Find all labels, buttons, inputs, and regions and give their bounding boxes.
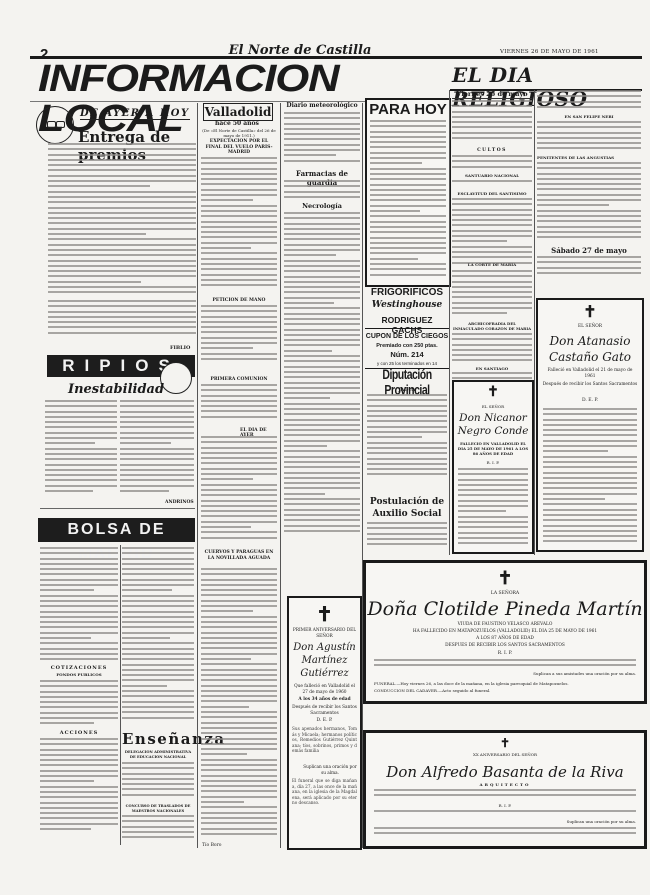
obituary-agustin-age: A los 34 años de edad	[291, 697, 358, 702]
text-line	[48, 222, 196, 224]
text-line	[201, 316, 277, 318]
religious-body-1	[452, 100, 532, 145]
text-line	[284, 318, 360, 320]
text-line	[284, 493, 325, 495]
religious-subhead-cultos: CULTOS	[452, 148, 532, 153]
text-line	[201, 305, 277, 307]
cross-icon: ✝	[289, 602, 360, 626]
text-line	[122, 568, 194, 570]
text-line	[284, 371, 360, 373]
text-line	[120, 426, 194, 428]
text-line	[452, 240, 507, 242]
text-line	[367, 522, 447, 524]
text-line	[40, 770, 118, 772]
text-line	[48, 291, 196, 293]
text-line	[284, 387, 360, 389]
text-line	[284, 260, 360, 262]
text-line	[367, 533, 447, 535]
text-line	[452, 166, 532, 168]
text-line	[40, 611, 118, 613]
text-line	[40, 579, 118, 581]
text-line	[284, 281, 360, 283]
text-line	[201, 457, 277, 459]
text-line	[40, 563, 118, 565]
text-line	[40, 743, 118, 745]
text-line	[284, 450, 360, 452]
text-line	[48, 244, 196, 246]
text-line	[122, 595, 194, 597]
text-line	[40, 802, 118, 804]
text-line	[284, 238, 360, 240]
text-line	[452, 307, 532, 309]
text-line	[40, 600, 118, 602]
obituary-agustin-funeral: El funeral que se diga mañana, día 27, a…	[292, 778, 357, 823]
text-line	[201, 473, 277, 475]
text-line	[120, 453, 194, 455]
text-line	[122, 563, 194, 565]
ensenanza-title: Enseñanza	[122, 730, 194, 748]
text-line	[284, 382, 360, 384]
text-line	[284, 133, 360, 135]
religious-day-1: Viernes 26 de mayo	[452, 90, 532, 99]
text-line	[201, 637, 277, 639]
religious-body-8	[537, 90, 641, 114]
religious-subhead-penitentes: PENITENTES DE LAS ANGUSTIAS	[537, 155, 641, 160]
text-line	[40, 547, 118, 549]
text-line	[201, 589, 277, 591]
text-line	[543, 461, 637, 463]
text-line	[284, 482, 360, 484]
text-line	[45, 464, 117, 466]
obituary-atanasio-label: EL SEÑOR	[538, 324, 642, 329]
text-line	[543, 434, 637, 436]
text-line	[284, 233, 360, 235]
text-line	[40, 626, 118, 628]
text-line	[370, 199, 446, 201]
text-line	[284, 429, 360, 431]
text-line	[543, 445, 637, 447]
text-line	[201, 258, 277, 260]
ensenanza-body-2	[122, 815, 194, 845]
valladolid-body-3	[201, 384, 277, 424]
text-line	[543, 487, 637, 489]
obituary-agustin-label: PRIMER ANIVERSARIO DEL SEÑOR	[291, 628, 358, 639]
text-line	[122, 621, 194, 623]
text-line	[452, 100, 532, 102]
text-line	[120, 432, 194, 434]
text-line	[122, 648, 194, 650]
text-line	[201, 690, 277, 692]
text-line	[284, 461, 360, 463]
para-hoy-title: PARA HOY	[367, 101, 449, 118]
text-line	[122, 685, 167, 687]
text-line	[284, 434, 360, 436]
de-ayer-body-2	[48, 300, 196, 340]
text-line	[122, 626, 194, 628]
religious-subhead-corte: LA CORTE DE MARIA	[452, 262, 532, 267]
text-line	[452, 132, 532, 134]
text-line	[284, 419, 360, 421]
obituary-clotilde-widow: VIUDA DE FAUSTINO VELASCO AREVALO	[366, 622, 644, 627]
text-line	[201, 753, 247, 755]
text-line	[543, 424, 637, 426]
text-line	[48, 305, 196, 307]
text-line	[543, 450, 608, 452]
text-line	[284, 440, 360, 442]
obituary-clotilde-detail: HA FALLECIDO EN MATAPOZUELOS (VALLADOLID…	[366, 629, 644, 634]
text-line	[543, 408, 637, 410]
text-line	[284, 117, 360, 119]
religious-body-11	[537, 256, 641, 278]
text-line	[537, 215, 641, 217]
text-line	[284, 376, 360, 378]
text-line	[201, 268, 277, 270]
text-line	[48, 326, 196, 328]
text-line	[201, 484, 277, 486]
text-line	[45, 416, 117, 418]
text-line	[122, 658, 194, 660]
obituary-atanasio-detail: Falleció en Valladolid el 21 de mayo de …	[542, 368, 638, 379]
text-line	[201, 521, 277, 523]
text-line	[284, 519, 360, 521]
text-line	[458, 494, 528, 496]
text-line	[452, 333, 532, 335]
text-line	[284, 123, 360, 125]
text-line	[201, 722, 277, 724]
obituary-clotilde-age: A LOS 87 AÑOS DE EDAD	[366, 636, 644, 641]
text-line	[122, 584, 194, 586]
text-line	[40, 754, 118, 756]
text-line	[48, 260, 196, 262]
text-line	[370, 268, 446, 270]
text-line	[370, 221, 446, 223]
text-line	[370, 125, 446, 127]
issue-date: VIERNES 26 DE MAYO DE 1961	[500, 49, 599, 55]
text-line	[40, 749, 118, 751]
valladolid-source: (De «El Norte de Castilla» del 26 de may…	[201, 128, 277, 138]
text-line	[122, 836, 194, 838]
text-line	[48, 169, 196, 171]
text-line	[284, 413, 360, 415]
text-line	[40, 605, 118, 607]
text-line	[374, 794, 636, 796]
text-line	[48, 191, 196, 193]
text-line	[370, 258, 418, 260]
text-line	[367, 426, 447, 428]
text-line	[452, 121, 532, 123]
text-line	[40, 791, 118, 793]
cross-icon: ✝	[366, 568, 644, 589]
text-line	[122, 632, 194, 634]
text-line	[452, 155, 532, 157]
text-line	[201, 263, 277, 265]
text-line	[40, 616, 118, 618]
obituary-nicanor-detail: FALLECIO EN VALLADOLID EL DIA 25 DE MAYO…	[457, 442, 529, 456]
text-line	[201, 573, 277, 575]
text-line	[201, 537, 277, 539]
text-line	[284, 228, 360, 230]
text-line	[370, 131, 446, 133]
text-line	[201, 452, 277, 454]
text-line	[201, 194, 277, 196]
text-line	[201, 568, 277, 570]
text-line	[543, 519, 637, 521]
text-line	[122, 778, 194, 780]
text-line	[40, 823, 118, 825]
obituary-clotilde-sacraments: DESPUES DE RECIBIR LOS SANTOS SACRAMENTO…	[366, 643, 644, 648]
text-line	[284, 217, 360, 219]
religious-body-9	[537, 121, 641, 156]
text-line	[370, 226, 446, 228]
text-line	[120, 400, 194, 402]
text-line	[537, 132, 641, 134]
diputacion-body	[367, 394, 447, 484]
text-line	[370, 189, 446, 191]
text-line	[122, 547, 194, 549]
text-line	[201, 706, 249, 708]
text-line	[543, 472, 637, 474]
text-line	[201, 447, 277, 449]
obituary-alfredo-masses	[374, 827, 636, 841]
text-line	[201, 405, 277, 407]
text-line	[201, 384, 277, 386]
text-line	[201, 468, 277, 470]
text-line	[284, 498, 360, 500]
text-line	[284, 249, 360, 251]
bolsa-intro	[40, 547, 118, 667]
text-line	[201, 711, 277, 713]
text-line	[284, 392, 360, 394]
text-line	[537, 90, 641, 92]
valladolid-body-4	[201, 436, 277, 546]
text-line	[452, 359, 532, 361]
text-line	[120, 490, 169, 492]
text-line	[458, 505, 528, 507]
text-line	[284, 291, 360, 293]
religious-body-5	[452, 270, 532, 320]
text-line	[284, 355, 360, 357]
obituary-agustin: ✝ PRIMER ANIVERSARIO DEL SEÑOR Don Agust…	[287, 596, 362, 850]
text-line	[201, 785, 277, 787]
text-line	[40, 648, 118, 650]
text-line	[122, 717, 194, 719]
text-line	[543, 509, 637, 511]
text-line	[48, 332, 196, 334]
text-line	[367, 410, 447, 412]
text-line	[201, 738, 277, 740]
text-line	[370, 237, 446, 239]
text-line	[452, 198, 532, 200]
text-line	[284, 408, 360, 410]
text-line	[201, 526, 251, 528]
text-line	[201, 695, 277, 697]
text-line	[370, 252, 446, 254]
text-line	[367, 405, 447, 407]
text-line	[284, 366, 360, 368]
text-line	[537, 137, 641, 139]
text-line	[543, 466, 637, 468]
text-line	[543, 419, 637, 421]
text-line	[543, 456, 637, 458]
text-line	[284, 302, 334, 304]
text-line	[201, 775, 277, 777]
text-line	[201, 231, 277, 233]
text-line	[284, 180, 360, 182]
text-line	[284, 456, 360, 458]
text-line	[40, 722, 94, 724]
text-line	[458, 473, 528, 475]
ripios-poem-left	[45, 400, 117, 500]
text-line	[48, 175, 196, 177]
text-line	[537, 272, 641, 274]
text-line	[537, 188, 641, 190]
text-line	[452, 286, 532, 288]
obituary-agustin-family: Sus apenados hermanos, Tomás y Micaela; …	[292, 726, 357, 762]
text-line	[537, 267, 641, 269]
text-line	[537, 261, 641, 263]
bolsa-subhead-fondos: FONDOS PUBLICOS	[40, 672, 118, 677]
text-line	[284, 329, 360, 331]
text-line	[122, 690, 194, 692]
text-line	[201, 600, 277, 602]
text-line	[543, 493, 637, 495]
text-line	[48, 154, 196, 156]
text-line	[48, 265, 196, 267]
text-line	[284, 244, 360, 246]
text-line	[370, 157, 446, 159]
text-line	[284, 254, 336, 256]
text-line	[201, 247, 251, 249]
text-line	[284, 403, 360, 405]
text-line	[122, 669, 194, 671]
text-line	[201, 400, 277, 402]
text-line	[452, 349, 532, 351]
text-line	[284, 472, 360, 474]
text-line	[284, 297, 360, 299]
obituary-alfredo-request: Suplican una oración por su alma.	[516, 819, 636, 824]
text-line	[284, 477, 360, 479]
obituary-nicanor-body	[458, 468, 528, 548]
text-line	[452, 111, 532, 113]
text-line	[537, 173, 641, 175]
text-line	[120, 469, 194, 471]
text-line	[543, 477, 637, 479]
text-line	[40, 817, 118, 819]
obituary-atanasio-sacraments: Después de recibir los Santos Sacramento…	[542, 382, 638, 388]
text-line	[374, 664, 636, 666]
text-line	[122, 611, 194, 613]
text-line	[48, 286, 196, 288]
text-line	[452, 377, 532, 379]
text-line	[537, 199, 641, 201]
religious-subhead-santiago: EN SANTIAGO	[452, 366, 532, 371]
text-line	[201, 759, 277, 761]
text-line	[452, 116, 532, 118]
text-line	[201, 462, 277, 464]
text-line	[40, 712, 118, 714]
text-line	[201, 205, 277, 207]
text-line	[45, 479, 117, 481]
text-line	[370, 184, 446, 186]
text-line	[201, 833, 277, 835]
text-line	[537, 178, 641, 180]
text-line	[40, 706, 118, 708]
text-line	[122, 701, 194, 703]
text-line	[284, 509, 360, 511]
text-line	[201, 436, 277, 438]
text-line	[122, 831, 194, 833]
text-line	[122, 820, 194, 822]
text-line	[458, 532, 528, 534]
text-line	[367, 447, 447, 449]
para-hoy-box: PARA HOY	[365, 98, 451, 287]
text-line	[45, 442, 95, 444]
text-line	[40, 653, 118, 655]
obituary-alfredo: ✝ XX ANIVERSARIO DEL SEÑOR Don Alfredo B…	[363, 730, 647, 849]
text-line	[284, 185, 360, 187]
text-line	[201, 226, 277, 228]
bolsa-col-divider	[120, 545, 121, 845]
text-line	[201, 337, 277, 339]
text-line	[201, 189, 277, 191]
text-line	[40, 568, 118, 570]
text-line	[48, 281, 141, 283]
obituary-atanasio-name: Don Atanasio Castaño Gato	[538, 333, 642, 365]
obituary-clotilde-family	[374, 659, 636, 671]
valladolid-section-peticion: PETICION DE MANO	[201, 298, 277, 303]
obituary-atanasio-body	[543, 408, 637, 546]
glasses-icon	[47, 121, 56, 128]
text-line	[201, 242, 277, 244]
text-line	[367, 463, 447, 465]
text-line	[201, 610, 253, 612]
obituary-clotilde-label: LA SEÑORA	[366, 591, 644, 596]
text-line	[537, 147, 641, 149]
necrologia-title: Necrología	[284, 202, 360, 210]
text-line	[543, 482, 637, 484]
religious-subhead-esclavitud: ESCLAVITUD DEL SANTISIMO	[452, 191, 532, 196]
bolsa-subhead-cotizaciones: COTIZACIONES	[40, 665, 118, 671]
text-line	[452, 246, 532, 248]
text-line	[201, 489, 277, 491]
farmacias-body	[284, 180, 360, 204]
ad-frigorificos: FRIGORIFICOS	[365, 287, 449, 298]
text-line	[45, 400, 117, 402]
text-line	[40, 764, 118, 766]
text-line	[122, 605, 194, 607]
valladolid-body	[201, 157, 277, 292]
text-line	[374, 789, 636, 791]
text-line	[284, 149, 360, 151]
valladolid-section-cuervos: CUERVOS Y PARAGUAS EN LA NOVILLADA AGUAD…	[201, 550, 277, 561]
text-line	[452, 281, 532, 283]
text-line	[48, 159, 196, 161]
obituary-atanasio: ✝ EL SEÑOR Don Atanasio Castaño Gato Fal…	[536, 298, 644, 552]
text-line	[537, 183, 641, 185]
text-line	[452, 251, 532, 253]
text-line	[201, 801, 244, 803]
text-line	[201, 173, 277, 175]
text-line	[537, 204, 609, 206]
text-line	[201, 178, 277, 180]
valladolid-subtitle: hace 50 años	[203, 120, 271, 127]
text-line	[284, 265, 360, 267]
text-line	[370, 162, 422, 164]
text-line	[370, 120, 446, 122]
text-line	[284, 212, 360, 214]
text-line	[40, 701, 118, 703]
text-line	[201, 500, 277, 502]
